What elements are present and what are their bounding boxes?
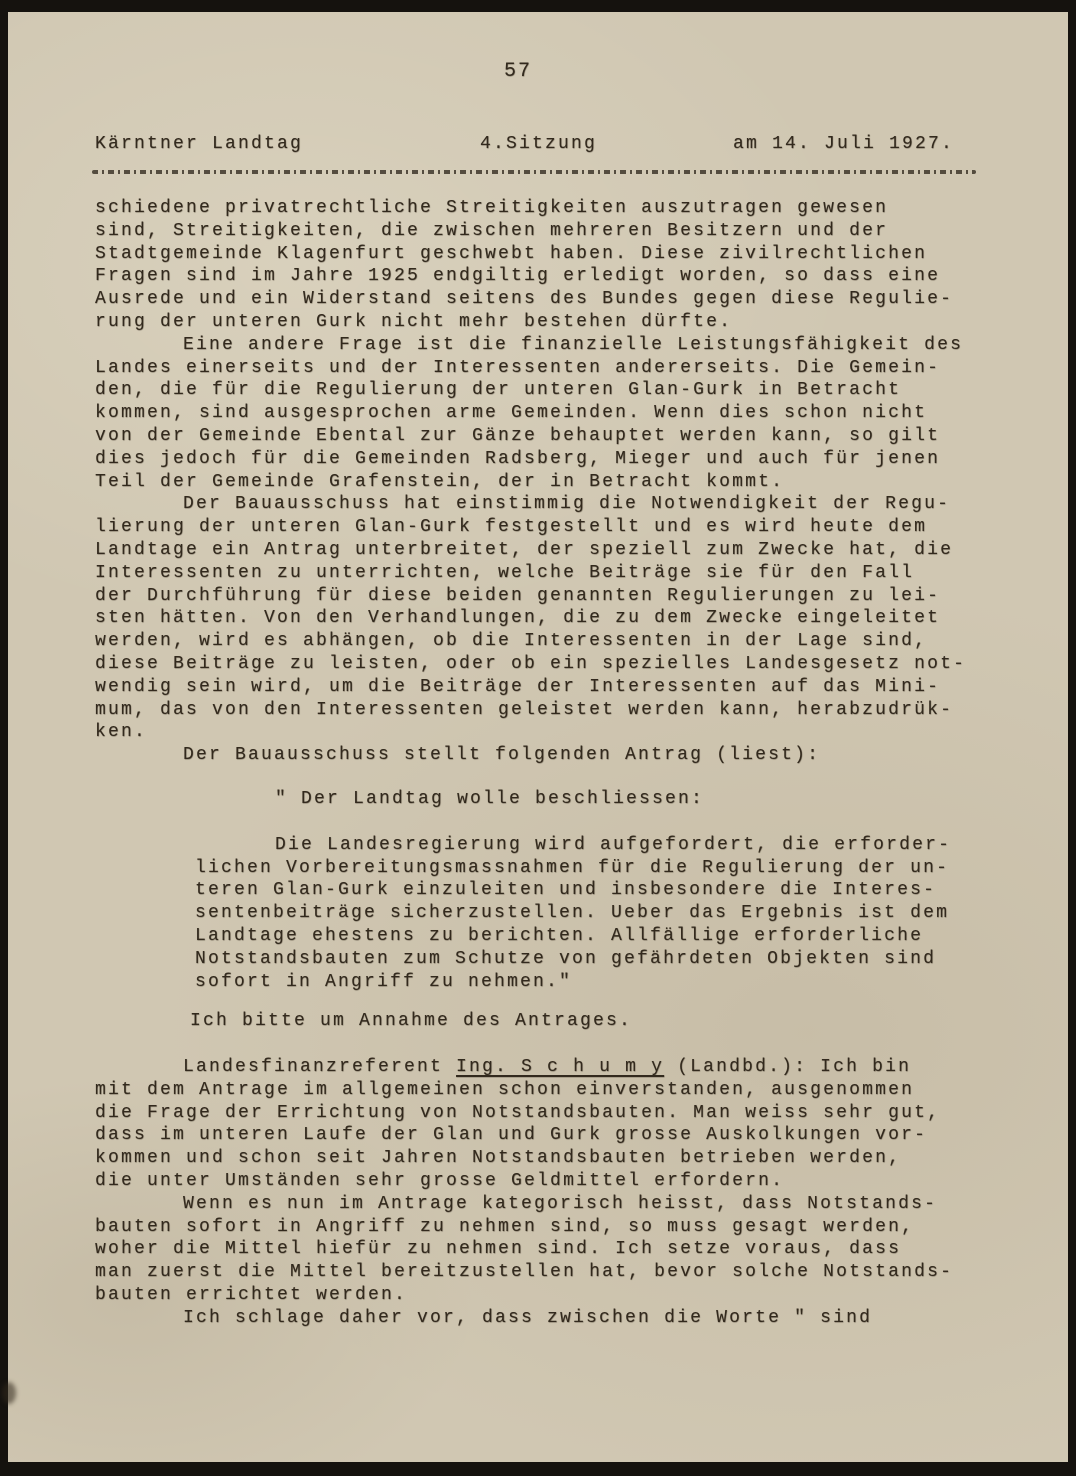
header-underline-rule [92, 170, 976, 174]
motion-quote-text: Die Landesregierung wird aufgefordert, d… [195, 834, 1005, 994]
paragraph-request: Ich bitte um Annahme des Antrages. [190, 1010, 1005, 1033]
paragraph-committee: Der Bauausschuss hat einstimmig die Notw… [95, 493, 1005, 744]
paragraph-final: Ich schlage daher vor, dass zwischen die… [95, 1307, 1005, 1330]
speaker-name: Ing. S c h u m y [456, 1057, 664, 1077]
paragraph-speech-schumy: Landesfinanzreferent Ing. S c h u m y (L… [95, 1056, 1005, 1193]
scan-edge-bottom [0, 1462, 1076, 1476]
scan-edge-top [0, 0, 1076, 12]
header-session: 4.Sitzung [480, 134, 597, 154]
speech-prefix: Landesfinanzreferent [183, 1057, 456, 1077]
motion-quote-opening: " Der Landtag wolle beschliessen: [275, 788, 1005, 811]
paragraph-finance: Eine andere Frage ist die finanzielle Le… [95, 334, 1005, 494]
speech-body: (Landbd.): Ich bin mit dem Antrage im al… [95, 1057, 940, 1191]
page-number: 57 [504, 60, 532, 83]
scan-edge-left [0, 0, 8, 1476]
paragraph-motion-intro: Der Bauausschuss stellt folgenden Antrag… [95, 744, 1005, 767]
paragraph-continuation: schiedene privatrechtliche Streitigkeite… [95, 197, 1005, 334]
header-institution: Kärntner Landtag [95, 134, 303, 154]
paragraph-notstandsbauten: Wenn es nun im Antrage kategorisch heiss… [95, 1193, 1005, 1307]
document-body: schiedene privatrechtliche Streitigkeite… [95, 197, 1005, 1330]
header-date: am 14. Juli 1927. [733, 134, 954, 154]
document-page: 57 Kärntner Landtag 4.Sitzung am 14. Jul… [0, 0, 1076, 1476]
scan-edge-right [1068, 0, 1076, 1476]
